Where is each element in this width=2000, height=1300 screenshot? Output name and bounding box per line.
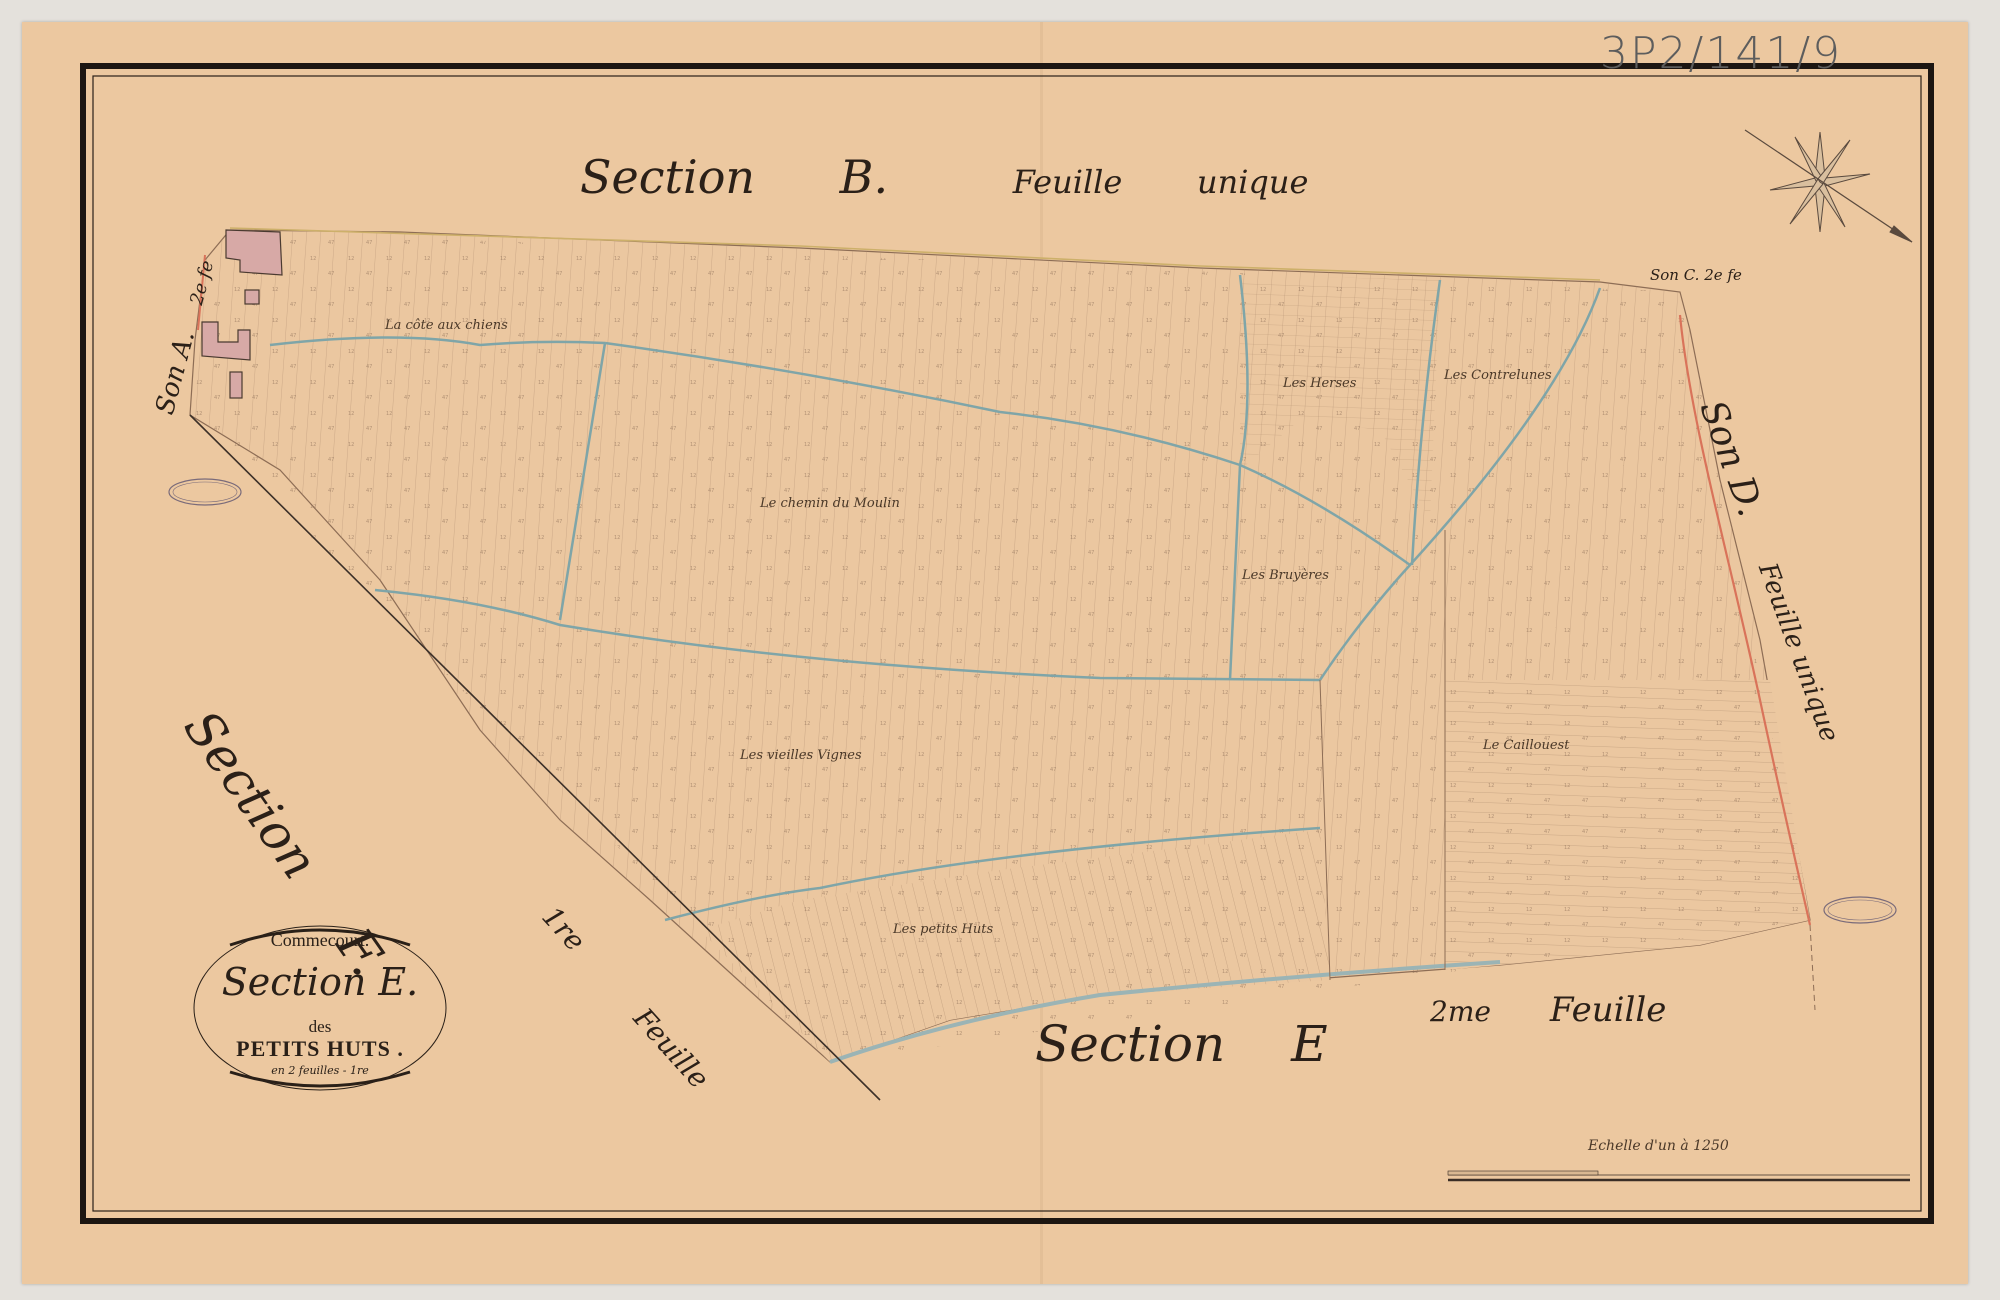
sheet-number: 2me — [1430, 995, 1491, 1028]
cartouche-commune: Commecourt. — [194, 930, 446, 951]
lieu-dit-label: Les petits Huts — [893, 922, 993, 937]
compass-rose-icon — [1745, 130, 1912, 242]
cartouche-sheets: en 2 feuilles - 1re — [194, 1064, 446, 1077]
section-e-letter: E — [1291, 1015, 1328, 1073]
lieu-dit-label: Les Bruyères — [1242, 568, 1329, 583]
label-section-e-sheet: 2me Feuille — [1430, 990, 1666, 1030]
archive-stamp-right — [1824, 897, 1896, 923]
lieu-dit-label: La côte aux chiens — [385, 318, 508, 333]
scale-label: Echelle d'un à 1250 — [1588, 1138, 1729, 1154]
lieu-dit-label: Les Contrelunes — [1444, 368, 1552, 383]
archive-reference: 3P2/141/9 — [1600, 28, 1842, 79]
section-b-word: Section — [580, 150, 755, 204]
section-e-word: Section — [1035, 1015, 1225, 1073]
lieu-dit-label: Le Caillouest — [1483, 738, 1569, 753]
archive-stamp-left — [169, 479, 241, 505]
label-section-b: Section B. Feuille unique — [580, 150, 1308, 204]
lieu-dit-label: Les Herses — [1283, 376, 1356, 391]
cartouche-place: PETITS HUTS . — [194, 1036, 446, 1062]
sheet-word: Feuille — [1550, 990, 1667, 1030]
section-b-sheet: Feuille — [1013, 163, 1123, 201]
scale-bar — [1448, 1171, 1910, 1180]
label-section-e-2: Section E — [1035, 1015, 1328, 1073]
cartouche-des: des — [194, 1017, 446, 1037]
lieu-dit-label: Les vieilles Vignes — [740, 748, 862, 763]
section-b-sheet-unique: unique — [1197, 163, 1308, 201]
section-b-letter: B. — [840, 150, 888, 204]
label-section-c: Son C. 2e fe — [1650, 266, 1742, 284]
cartouche-section: Section E. — [194, 960, 446, 1004]
lieu-dit-label: Le chemin du Moulin — [760, 496, 900, 511]
